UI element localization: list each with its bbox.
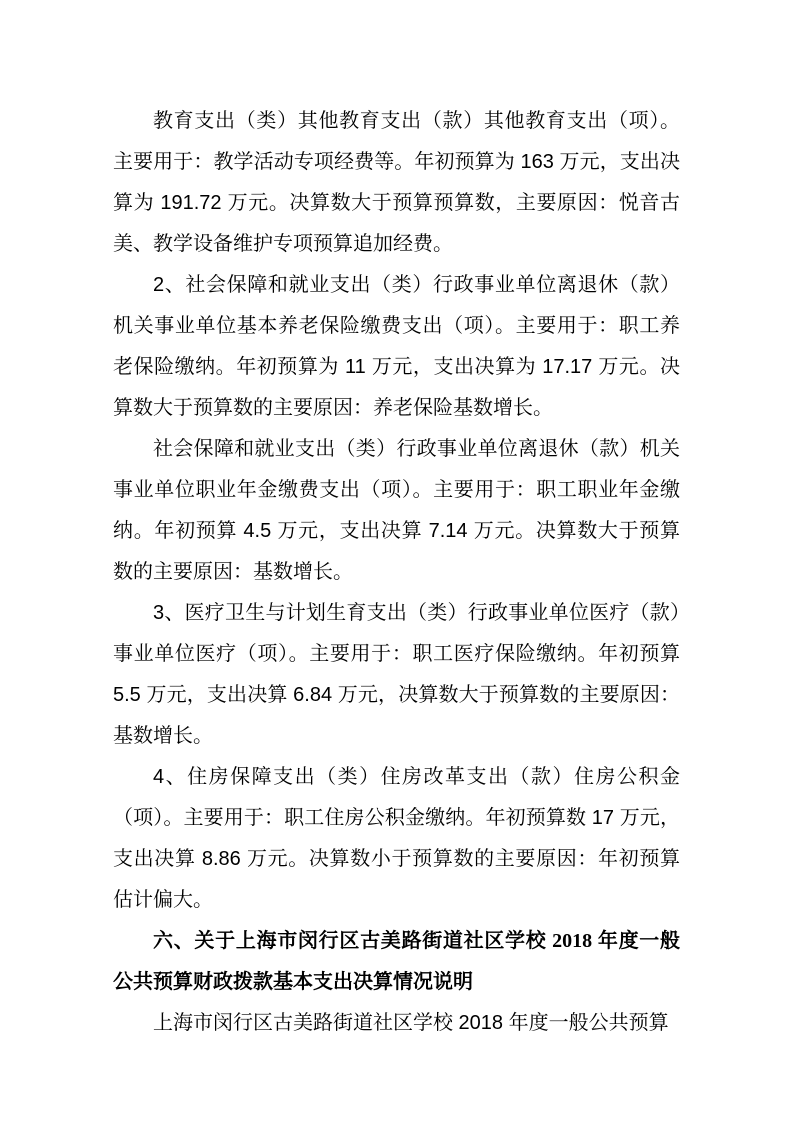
document-page: 教育支出（类）其他教育支出（款）其他教育支出（项）。主要用于：教学活动专项经费等…: [0, 0, 793, 1122]
paragraph-basic-expenditure-intro: 上海市闵行区古美路街道社区学校 2018 年度一般公共预算: [113, 1003, 680, 1044]
paragraph-education-expense: 教育支出（类）其他教育支出（款）其他教育支出（项）。主要用于：教学活动专项经费等…: [113, 101, 680, 265]
paragraph-social-security-pension-expense: 2、社会保障和就业支出（类）行政事业单位离退休（款）机关事业单位基本养老保险缴费…: [113, 265, 680, 429]
paragraph-social-security-annuity-expense: 社会保障和就业支出（类）行政事业单位离退休（款）机关事业单位职业年金缴费支出（项…: [113, 429, 680, 593]
paragraph-medical-expense: 3、医疗卫生与计划生育支出（类）行政事业单位医疗（款）事业单位医疗（项）。主要用…: [113, 593, 680, 757]
document-content: 教育支出（类）其他教育支出（款）其他教育支出（项）。主要用于：教学活动专项经费等…: [113, 101, 680, 1044]
paragraph-housing-expense: 4、住房保障支出（类）住房改革支出（款）住房公积金（项）。主要用于：职工住房公积…: [113, 757, 680, 921]
section-heading-six: 六、关于上海市闵行区古美路街道社区学校 2018 年度一般公共预算财政拨款基本支…: [113, 921, 680, 1003]
